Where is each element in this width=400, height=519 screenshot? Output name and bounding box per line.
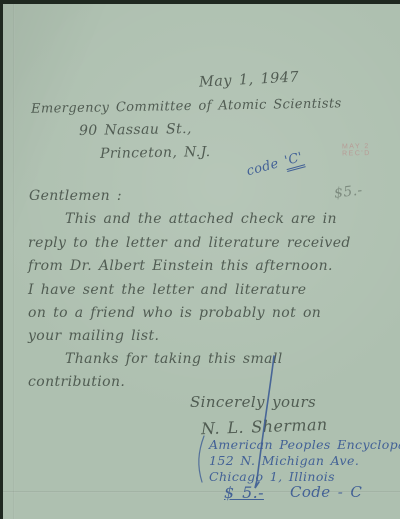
closing: Sincerely yours	[190, 393, 316, 411]
body-line: on to a friend who is probably not on	[28, 305, 321, 321]
body-line: your mailing list.	[28, 328, 159, 344]
letter-page: May 1, 1947 Emergency Committee of Atomi…	[0, 0, 400, 519]
signature: N. L. Sherman	[201, 415, 328, 438]
letter-date: May 1, 1947	[199, 69, 300, 90]
recipient-line-3: Princeton, N.J.	[100, 144, 211, 162]
body-line: from Dr. Albert Einstein this afternoon.	[28, 258, 333, 274]
body-line: Thanks for taking this small	[65, 351, 283, 367]
code-annotation-bottom: Code - C	[290, 483, 362, 501]
routing-code-prefix: code	[245, 156, 281, 179]
sender-line-3: Chicago 1, Illinois	[209, 469, 335, 484]
amount-annotation-top: $5.-	[333, 182, 363, 201]
routing-code-letter: 'C'	[283, 150, 305, 172]
sender-line-2: 152 N. Michigan Ave.	[209, 453, 359, 468]
fold-crease-vertical	[13, 4, 15, 519]
body-line: reply to the letter and literature recei…	[28, 235, 351, 251]
amount-annotation-bottom: $ 5.-	[224, 483, 264, 502]
recipient-line-1: Emergency Committee of Atomic Scientists	[31, 96, 342, 116]
body-line: I have sent the letter and literature	[28, 282, 306, 298]
body-line: contribution.	[28, 374, 125, 390]
received-date-stamp: MAY 2 REC'D	[342, 142, 400, 157]
routing-code-annotation: code 'C'	[245, 150, 304, 179]
salutation: Gentlemen :	[29, 188, 122, 204]
recipient-line-2: 90 Nassau St.,	[79, 121, 192, 139]
body-line: This and the attached check are in	[65, 211, 337, 227]
sender-line-1: American Peoples Encyclopaedia	[209, 437, 400, 452]
